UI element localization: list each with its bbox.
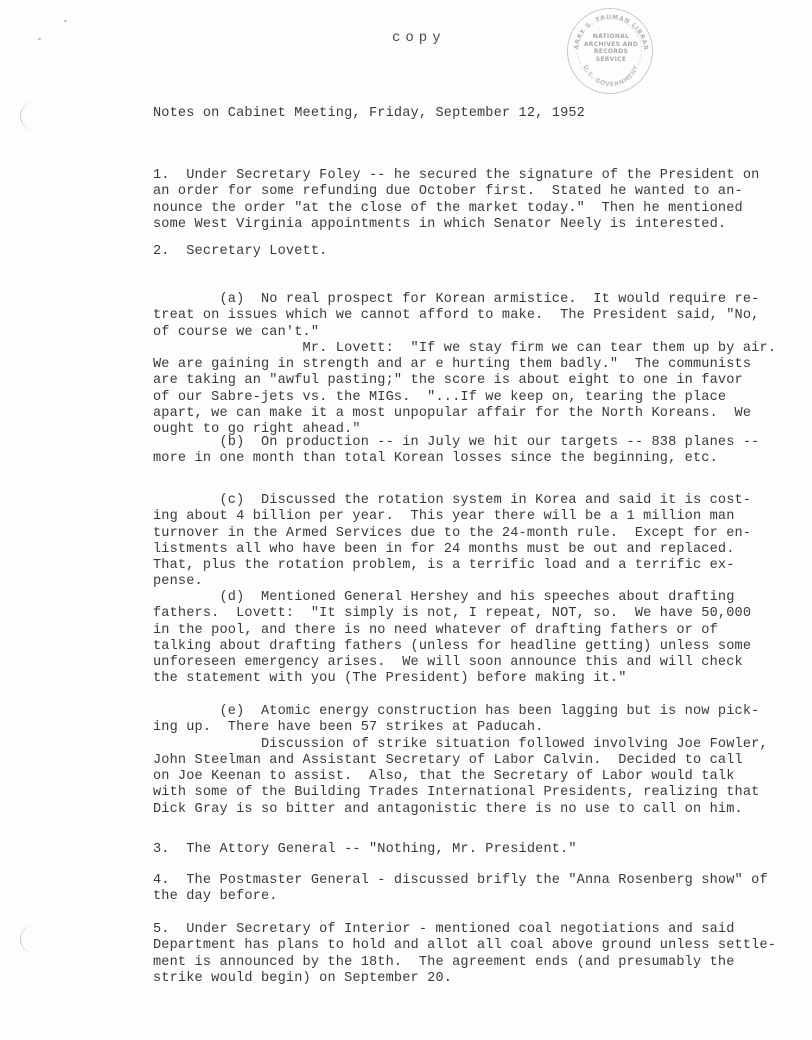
text-line: (d) Mentioned General Hershey and his sp… xyxy=(153,590,751,606)
section-item-2a: (a) No real prospect for Korean armistic… xyxy=(153,292,776,439)
text-line: (b) On production -- in July we hit our … xyxy=(153,435,759,451)
section-item-2c: (c) Discussed the rotation system in Kor… xyxy=(153,493,751,591)
text-line: (e) Atomic energy construction has been … xyxy=(153,704,768,720)
text-line: 4. The Postmaster General - discussed br… xyxy=(153,873,768,889)
document-page: copy HARRY S. TRUMAN LIBRARY U.S. GOVERN… xyxy=(0,0,812,1040)
text-line: Department has plans to hold and allot a… xyxy=(153,938,776,954)
text-line: That, plus the rotation problem, is a te… xyxy=(153,558,751,574)
section-item-2d: (d) Mentioned General Hershey and his sp… xyxy=(153,590,751,688)
text-line: turnover in the Armed Services due to th… xyxy=(153,526,751,542)
text-line: pense. xyxy=(153,574,751,590)
text-line: more in one month than total Korean loss… xyxy=(153,451,759,467)
text-line: 3. The Attory General -- "Nothing, Mr. P… xyxy=(153,842,577,858)
scan-speck xyxy=(38,38,41,40)
section-item-2b: (b) On production -- in July we hit our … xyxy=(153,435,759,468)
text-line: treat on issues which we cannot afford t… xyxy=(153,308,776,324)
stamp-line: ARCHIVES AND xyxy=(580,41,642,49)
text-line: 1. Under Secretary Foley -- he secured t… xyxy=(153,168,759,184)
section-item-2-heading: 2. Secretary Lovett. xyxy=(153,244,327,260)
text-line: apart, we can make it a most unpopular a… xyxy=(153,406,776,422)
hole-punch-mark-top xyxy=(20,102,35,130)
text-line: talking about drafting fathers (unless f… xyxy=(153,639,751,655)
text-line: fathers. Lovett: "It simply is not, I re… xyxy=(153,606,751,622)
text-line: with some of the Building Trades Interna… xyxy=(153,785,768,801)
scan-speck xyxy=(64,20,67,22)
text-line: ing up. There have been 57 strikes at Pa… xyxy=(153,720,768,736)
section-item-5: 5. Under Secretary of Interior - mention… xyxy=(153,922,776,987)
text-line: Dick Gray is so bitter and antagonistic … xyxy=(153,802,768,818)
copy-marking: copy xyxy=(392,30,446,46)
text-line: unforeseen emergency arises. We will soo… xyxy=(153,655,751,671)
text-line: strike would begin) on September 20. xyxy=(153,971,776,987)
text-line: listments all who have been in for 24 mo… xyxy=(153,542,751,558)
stamp-line: SERVICE xyxy=(580,56,642,64)
hole-punch-mark-bottom xyxy=(20,925,35,953)
document-title: Notes on Cabinet Meeting, Friday, Septem… xyxy=(153,106,585,121)
text-line: are taking an "awful pasting;" the score… xyxy=(153,373,776,389)
text-line: ing about 4 billion per year. This year … xyxy=(153,509,751,525)
text-line: (c) Discussed the rotation system in Kor… xyxy=(153,493,751,509)
section-item-3: 3. The Attory General -- "Nothing, Mr. P… xyxy=(153,842,577,858)
text-line: Mr. Lovett: "If we stay firm we can tear… xyxy=(153,341,776,357)
section-item-2e: (e) Atomic energy construction has been … xyxy=(153,704,768,818)
text-line: nounce the order "at the close of the ma… xyxy=(153,201,759,217)
stamp-line: NATIONAL xyxy=(580,33,642,41)
text-line: 2. Secretary Lovett. xyxy=(153,244,327,260)
section-item-4: 4. The Postmaster General - discussed br… xyxy=(153,873,768,906)
text-line: ment is announced by the 18th. The agree… xyxy=(153,955,776,971)
text-line: 5. Under Secretary of Interior - mention… xyxy=(153,922,776,938)
text-line: the statement with you (The President) b… xyxy=(153,671,751,687)
stamp-line: RECORDS xyxy=(580,48,642,56)
text-line: of course we can't." xyxy=(153,325,776,341)
text-line: in the pool, and there is no need whatev… xyxy=(153,623,751,639)
text-line: of our Sabre-jets vs. the MIGs. "...If w… xyxy=(153,390,776,406)
text-line: the day before. xyxy=(153,889,768,905)
text-line: Discussion of strike situation followed … xyxy=(153,737,768,753)
text-line: John Steelman and Assistant Secretary of… xyxy=(153,753,768,769)
text-line: (a) No real prospect for Korean armistic… xyxy=(153,292,776,308)
text-line: an order for some refunding due October … xyxy=(153,184,759,200)
text-line: We are gaining in strength and ar e hurt… xyxy=(153,357,776,373)
stamp-center-text: NATIONAL ARCHIVES AND RECORDS SERVICE xyxy=(580,33,642,63)
text-line: on Joe Keenan to assist. Also, that the … xyxy=(153,769,768,785)
archival-stamp: HARRY S. TRUMAN LIBRARY U.S. GOVERNMENT … xyxy=(567,8,653,94)
text-line: some West Virginia appointments in which… xyxy=(153,217,759,233)
section-item-1: 1. Under Secretary Foley -- he secured t… xyxy=(153,168,759,233)
